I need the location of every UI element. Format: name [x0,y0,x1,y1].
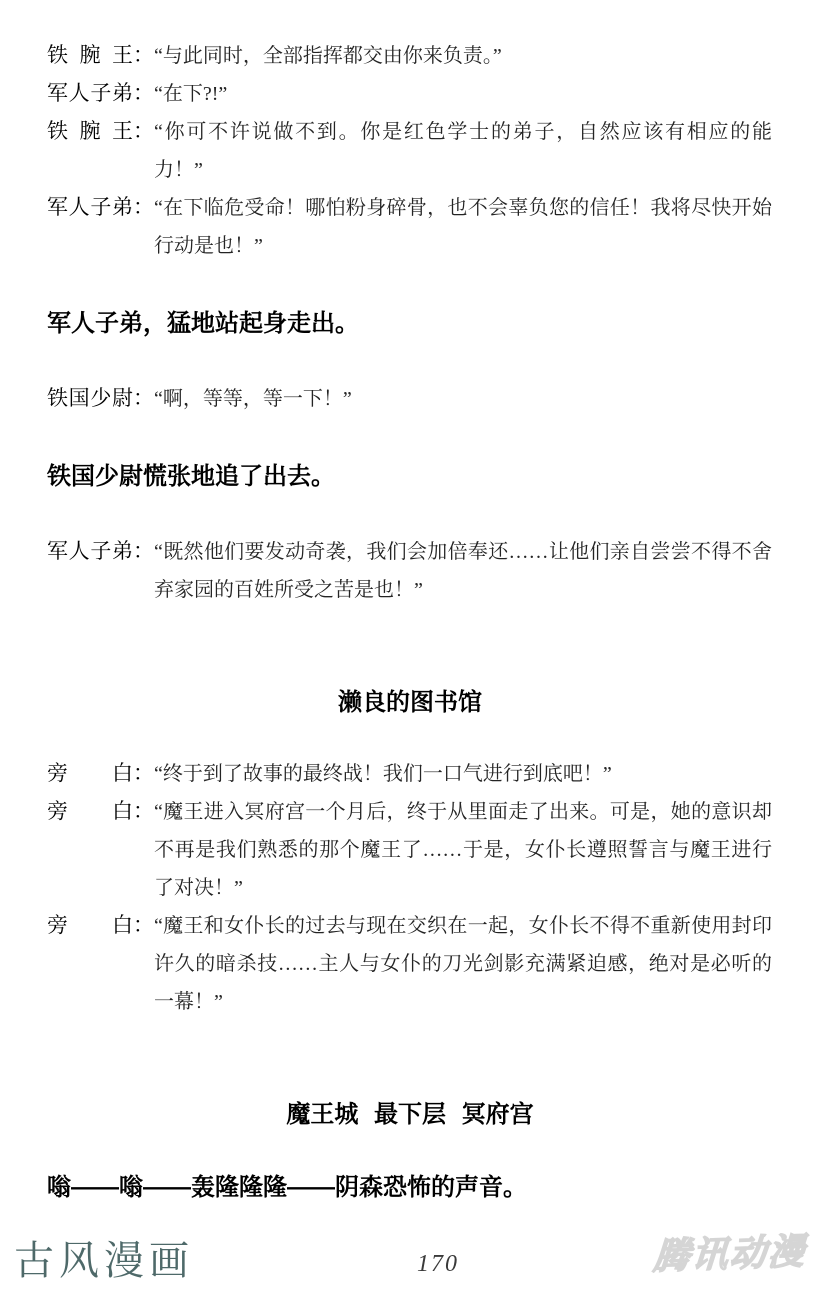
dialogue-text: “魔王和女仆长的过去与现在交织在一起，女仆长不得不重新使用封印许久的暗杀技……主… [154,907,772,1021]
dialogue-line: 不再是我们熟悉的那个魔王了……于是，女仆长遵照誓言与魔王进行 [154,831,772,869]
dialogue-row: 旁白：“魔王进入冥府宫一个月后，终于从里面走了出来。可是，她的意识却不再是我们熟… [47,793,773,907]
dialogue-text: “终于到了故事的最终战！我们一口气进行到底吧！” [154,755,772,793]
speaker-cell: 旁白： [47,755,154,793]
script-page: 铁腕王：“与此同时，全部指挥都交由你来负责。”军人子弟：“在下?!”铁腕王：“你… [0,0,820,1291]
script-body: 铁腕王：“与此同时，全部指挥都交由你来负责。”军人子弟：“在下?!”铁腕王：“你… [47,37,773,1207]
dialogue-text: “既然他们要发动奇袭，我们会加倍奉还……让他们亲自尝尝不得不舍弃家园的百姓所受之… [154,533,772,609]
page-number: 170 [417,1251,459,1278]
dialogue-line: 弃家园的百姓所受之苦是也！” [154,571,772,609]
dialogue-line: “在下临危受命！哪怕粉身碎骨，也不会辜负您的信任！我将尽快开始 [154,189,772,227]
dialogue-row: 铁腕王：“你可不许说做不到。你是红色学士的弟子，自然应该有相应的能力！” [47,113,773,189]
dialogue-line: 许久的暗杀技……主人与女仆的刀光剑影充满紧迫感，绝对是必听的 [154,945,772,983]
speaker-name: 军人子弟 [47,533,133,571]
dialogue-line: “魔王进入冥府宫一个月后，终于从里面走了出来。可是，她的意识却 [154,793,772,831]
stage-direction: 铁国少尉慌张地追了出去。 [47,458,773,496]
speaker-cell: 铁腕王： [47,113,154,151]
scene-heading: 魔王城 最下层 冥府宫 [47,1096,773,1134]
watermark-right-logo: 腾讯动漫 [652,1223,808,1279]
speaker-colon: ： [133,120,154,143]
dialogue-text: “你可不许说做不到。你是红色学士的弟子，自然应该有相应的能力！” [154,113,772,189]
speaker-name: 铁腕王 [47,37,133,75]
dialogue-line: “你可不许说做不到。你是红色学士的弟子，自然应该有相应的能 [154,113,772,151]
speaker-cell: 旁白： [47,907,154,945]
dialogue-line: “既然他们要发动奇袭，我们会加倍奉还……让他们亲自尝尝不得不舍 [154,533,772,571]
speaker-cell: 军人子弟： [47,533,154,571]
speaker-name: 旁白 [47,907,133,945]
dialogue-row: 军人子弟：“在下?!” [47,75,773,113]
dialogue-text: “与此同时，全部指挥都交由你来负责。” [154,37,772,75]
dialogue-row: 铁腕王：“与此同时，全部指挥都交由你来负责。” [47,37,773,75]
dialogue-row: 铁国少尉：“啊，等等，等一下！” [47,380,773,418]
speaker-colon: ： [133,762,154,785]
dialogue-row: 旁白：“魔王和女仆长的过去与现在交织在一起，女仆长不得不重新使用封印许久的暗杀技… [47,907,773,1021]
stage-direction: 军人子弟，猛地站起身走出。 [47,305,773,343]
speaker-name: 军人子弟 [47,75,133,113]
speaker-colon: ： [133,44,154,67]
dialogue-line: “与此同时，全部指挥都交由你来负责。” [154,37,772,75]
speaker-cell: 旁白： [47,793,154,831]
dialogue-text: “魔王进入冥府宫一个月后，终于从里面走了出来。可是，她的意识却不再是我们熟悉的那… [154,793,772,907]
dialogue-text: “在下?!” [154,75,772,113]
dialogue-line: 力！” [154,151,772,189]
speaker-colon: ： [133,196,154,219]
speaker-name: 旁白 [47,755,133,793]
speaker-colon: ： [133,387,154,410]
dialogue-text: “在下临危受命！哪怕粉身碎骨，也不会辜负您的信任！我将尽快开始行动是也！” [154,189,772,265]
speaker-colon: ： [133,540,154,563]
dialogue-line: “在下?!” [154,75,772,113]
speaker-name: 军人子弟 [47,189,133,227]
speaker-name: 铁国少尉 [47,380,133,418]
dialogue-line: 一幕！” [154,983,772,1021]
dialogue-line: 了对决！” [154,869,772,907]
dialogue-row: 旁白：“终于到了故事的最终战！我们一口气进行到底吧！” [47,755,773,793]
speaker-cell: 军人子弟： [47,75,154,113]
dialogue-line: 行动是也！” [154,227,772,265]
dialogue-line: “啊，等等，等一下！” [154,380,772,418]
dialogue-line: “终于到了故事的最终战！我们一口气进行到底吧！” [154,755,772,793]
speaker-name: 旁白 [47,793,133,831]
speaker-colon: ： [133,800,154,823]
watermark-left: 古风漫画 [14,1229,194,1286]
speaker-colon: ： [133,82,154,105]
dialogue-row: 军人子弟：“既然他们要发动奇袭，我们会加倍奉还……让他们亲自尝尝不得不舍弃家园的… [47,533,773,609]
dialogue-text: “啊，等等，等一下！” [154,380,772,418]
speaker-cell: 铁腕王： [47,37,154,75]
dialogue-line: “魔王和女仆长的过去与现在交织在一起，女仆长不得不重新使用封印 [154,907,772,945]
speaker-colon: ： [133,914,154,937]
speaker-cell: 军人子弟： [47,189,154,227]
speaker-name: 铁腕王 [47,113,133,151]
scene-heading: 濑良的图书馆 [47,684,773,722]
speaker-cell: 铁国少尉： [47,380,154,418]
dialogue-row: 军人子弟：“在下临危受命！哪怕粉身碎骨，也不会辜负您的信任！我将尽快开始行动是也… [47,189,773,265]
stage-direction: 嗡——嗡——轰隆隆隆——阴森恐怖的声音。 [47,1169,773,1207]
